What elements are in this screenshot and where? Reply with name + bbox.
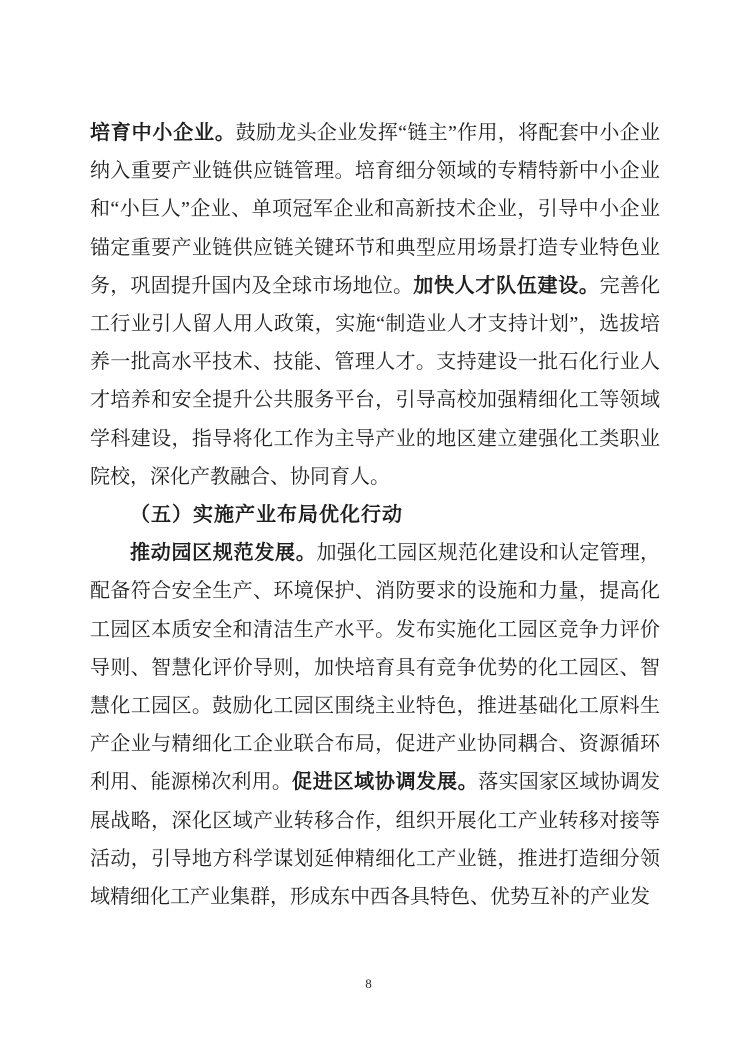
- paragraph-continuation: 培育中小企业。鼓励龙头企业发挥“链主”作用，将配套中小企业纳入重要产业链供应链管…: [90, 114, 660, 496]
- page-footer: 8: [0, 976, 737, 992]
- page-content: 培育中小企业。鼓励龙头企业发挥“链主”作用，将配套中小企业纳入重要产业链供应链管…: [90, 114, 660, 916]
- bold-lead-park-development: 推动园区规范发展。: [130, 542, 316, 564]
- section-heading-five: （五）实施产业布局优化行动: [90, 496, 660, 534]
- bold-lead-regional-coordination: 促进区域协调发展。: [292, 771, 478, 793]
- section-heading-text: （五）实施产业布局优化行动: [130, 504, 403, 526]
- bold-lead-talent-team: 加快人才队伍建设。: [413, 275, 599, 297]
- body-run-smes: 鼓励龙头企业发挥“链主”作用，将配套中小企业纳入重要产业链供应链管理。培育细分领…: [90, 122, 660, 297]
- page-number: 8: [365, 976, 372, 991]
- bold-lead-cultivate-smes: 培育中小企业。: [90, 122, 236, 144]
- body-run-parks: 加强化工园区规范化建设和认定管理，配备符合安全生产、环境保护、消防要求的设施和力…: [90, 542, 660, 793]
- body-run-talent: 完善化工行业引人留人用人政策，实施“制造业人才支持计划”，选拔培养一批高水平技术…: [90, 275, 660, 488]
- paragraph-industry-layout: 推动园区规范发展。加强化工园区规范化建设和认定管理，配备符合安全生产、环境保护、…: [90, 534, 660, 916]
- document-page: 培育中小企业。鼓励龙头企业发挥“链主”作用，将配套中小企业纳入重要产业链供应链管…: [0, 0, 737, 1037]
